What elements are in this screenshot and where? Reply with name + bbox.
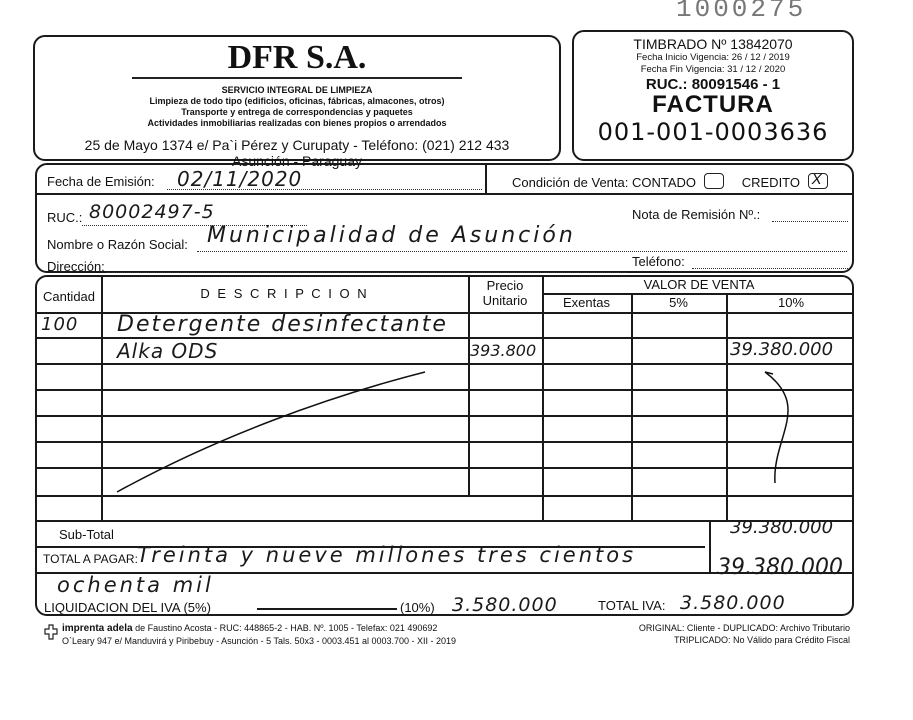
validity-start: Fecha Inicio Vigencia: 26 / 12 / 2019 xyxy=(574,52,852,64)
company-tagline: SERVICIO INTEGRAL DE LIMPIEZA xyxy=(35,85,559,96)
company-address: 25 de Mayo 1374 e/ Pa`i Pérez y Curupaty… xyxy=(35,137,559,153)
ruc-label: RUC.: xyxy=(47,210,82,225)
iva10-value: 3.580.000 xyxy=(452,594,558,616)
sale-condition: Condición de Venta: CONTADO CREDITO xyxy=(512,173,828,190)
client-name-field[interactable]: Municipalidad de Asunción xyxy=(207,223,576,248)
address-label: Dirección: xyxy=(47,259,105,274)
timbrado-number: TIMBRADO Nº 13842070 xyxy=(574,36,852,52)
remision-label: Nota de Remisión Nº.: xyxy=(632,207,760,222)
company-activity: Limpieza de todo tipo (edificios, oficin… xyxy=(35,96,559,107)
company-activity: Actividades inmobiliarias realizadas con… xyxy=(35,118,559,129)
company-name: DFR S.A. xyxy=(35,41,559,75)
iva5-label: (5%) xyxy=(183,600,210,615)
printer-logo-icon xyxy=(44,624,58,640)
column-divider xyxy=(709,520,711,572)
credito-checkbox[interactable] xyxy=(808,173,828,189)
sale-condition-label: Condición de Venta: xyxy=(512,175,628,190)
remision-field[interactable] xyxy=(772,221,848,222)
total-iva-value: 3.580.000 xyxy=(680,592,786,614)
timbrado-box: TIMBRADO Nº 13842070 Fecha Inicio Vigenc… xyxy=(572,30,854,161)
client-ruc-field[interactable]: 80002497-5 xyxy=(89,201,215,223)
phone-field[interactable] xyxy=(692,268,848,269)
divider xyxy=(132,77,462,79)
total-iva-label: TOTAL IVA: xyxy=(598,598,665,613)
copies-line2: TRIPLICADO: No Válido para Crédito Fisca… xyxy=(620,634,850,646)
printer-footer: imprenta adela de Faustino Acosta - RUC:… xyxy=(44,622,456,647)
subtotal-label: Sub-Total xyxy=(59,527,114,542)
iva-liquidation-label: LIQUIDACION DEL IVA xyxy=(44,600,180,615)
total-words-line2: ochenta mil xyxy=(57,573,214,597)
copies-footer: ORIGINAL: Cliente - DUPLICADO: Archivo T… xyxy=(620,622,850,646)
iva10-label: (10%) xyxy=(400,600,435,615)
printer-line1: de Faustino Acosta - RUC: 448865-2 - HAB… xyxy=(135,623,437,633)
validity-end: Fecha Fin Vigencia: 31 / 12 / 2020 xyxy=(574,64,852,76)
issue-date-field[interactable]: 02/11/2020 xyxy=(177,167,302,191)
total-label: TOTAL A PAGAR: xyxy=(43,552,138,566)
total-value: 39.380.000 xyxy=(717,555,843,580)
printer-line2: O`Leary 947 e/ Manduvirá y Piribebuy - A… xyxy=(62,635,456,647)
company-activity: Transporte y entrega de correspondencias… xyxy=(35,107,559,118)
address-field[interactable] xyxy=(107,272,627,273)
total-words-line1: Treinta y nueve millones tres cientos xyxy=(137,543,636,567)
invoice-number: 001-001-0003636 xyxy=(574,117,852,147)
document-serial-stamp: 1000275 xyxy=(676,0,806,24)
company-header: DFR S.A. SERVICIO INTEGRAL DE LIMPIEZA L… xyxy=(33,35,561,161)
contado-label: CONTADO xyxy=(632,175,696,190)
divider xyxy=(485,165,487,193)
contado-checkbox[interactable] xyxy=(704,173,724,189)
dotted-line xyxy=(197,251,847,252)
printer-brand: imprenta adela xyxy=(62,623,133,634)
iva5-strike xyxy=(257,608,397,610)
phone-label: Teléfono: xyxy=(632,254,685,269)
divider xyxy=(37,193,852,195)
client-name-label: Nombre o Razón Social: xyxy=(47,237,188,252)
copies-line1: ORIGINAL: Cliente - DUPLICADO: Archivo T… xyxy=(620,622,850,634)
issue-date-label: Fecha de Emisión: xyxy=(47,174,155,189)
client-info-box: Fecha de Emisión: 02/11/2020 Condición d… xyxy=(35,163,854,273)
items-table: Cantidad D E S C R I P C I O N Precio Un… xyxy=(35,275,854,616)
credito-label: CREDITO xyxy=(742,175,800,190)
cancel-strike-lines xyxy=(37,277,854,522)
iva-label: LIQUIDACION DEL IVA (5%) xyxy=(44,600,211,615)
document-type: FACTURA xyxy=(574,93,852,117)
subtotal-vat10: 39.380.000 xyxy=(730,517,833,538)
